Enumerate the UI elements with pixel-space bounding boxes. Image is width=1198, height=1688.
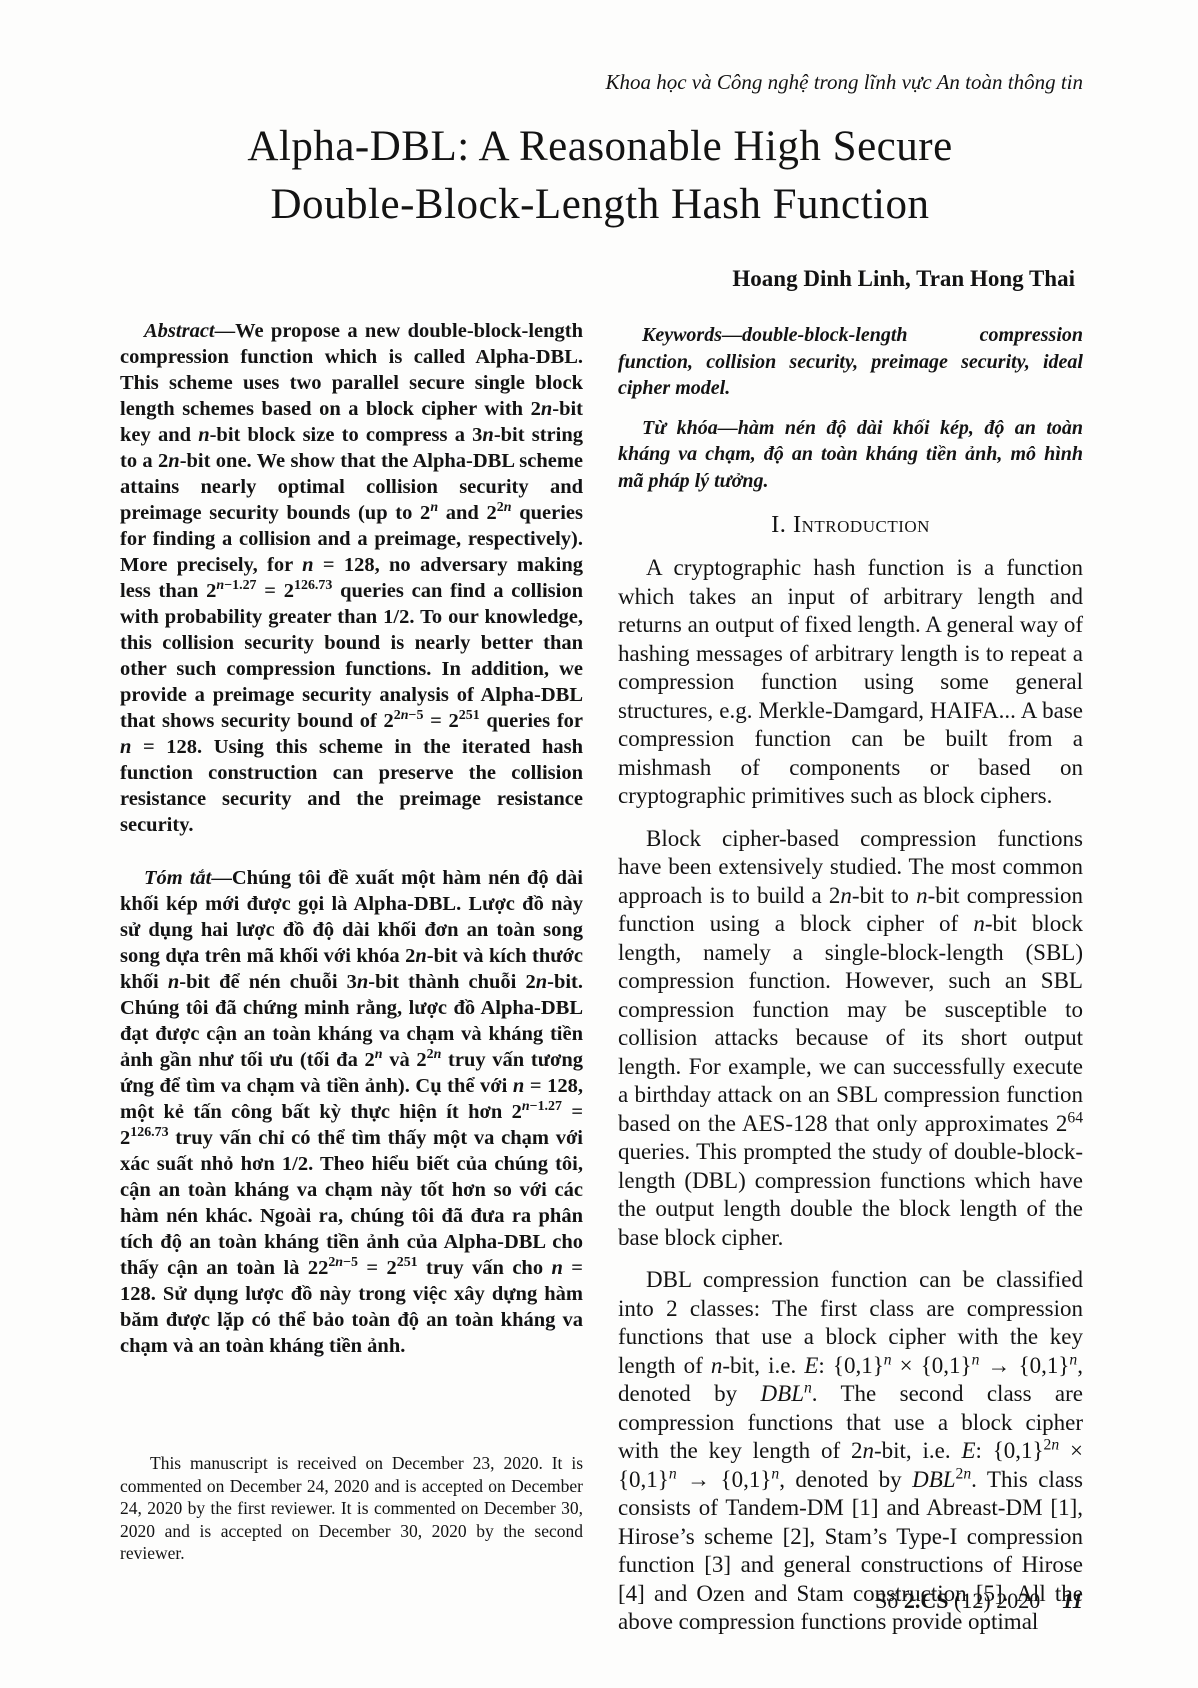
intro-paragraph-1: A cryptographic hash function is a funct… [618, 554, 1083, 811]
section-heading-introduction: I. Introduction [618, 511, 1083, 539]
tukhoa-label: Từ khóa [642, 417, 718, 439]
page-footer: Số 2.CS (12) 202011 [875, 1588, 1083, 1614]
paper-title: Alpha-DBL: A Reasonable High Secure Doub… [100, 118, 1100, 234]
abstract-label: Abstract [144, 320, 215, 342]
paper-page: Khoa học và Công nghệ trong lĩnh vực An … [0, 0, 1198, 1688]
abstract-text: —We propose a new double-block-length co… [120, 320, 583, 836]
manuscript-footnote: This manuscript is received on December … [120, 1452, 583, 1565]
authors-line: Hoang Dinh Linh, Tran Hong Thai [618, 266, 1083, 292]
running-header: Khoa học và Công nghệ trong lĩnh vực An … [120, 70, 1083, 95]
left-column: Abstract—We propose a new double-block-l… [120, 318, 583, 1386]
right-column: Keywords—double-block-length compression… [618, 322, 1083, 1651]
intro-paragraph-2: Block cipher-based compression functions… [618, 825, 1083, 1253]
page-number: 11 [1062, 1588, 1083, 1613]
paper-title-line-2: Double-Block-Length Hash Function [100, 176, 1100, 234]
journal-issue-rest: (12) 2020 [949, 1588, 1041, 1613]
tukhoa-section: Từ khóa—hàm nén độ dài khối kép, độ an t… [618, 415, 1083, 495]
paper-title-line-1: Alpha-DBL: A Reasonable High Secure [100, 118, 1100, 176]
tomtat-section: Tóm tắt—Chúng tôi đề xuất một hàm nén độ… [120, 865, 583, 1359]
tomtat-label: Tóm tắt [144, 867, 211, 889]
journal-issue-prefix: Số [875, 1588, 904, 1613]
tomtat-text: —Chúng tôi đề xuất một hàm nén độ dài kh… [120, 867, 583, 1357]
intro-paragraph-3: DBL compression function can be classifi… [618, 1266, 1083, 1637]
keywords-label: Keywords [642, 324, 722, 346]
keywords-section: Keywords—double-block-length compression… [618, 322, 1083, 402]
journal-issue-number: 2.CS [904, 1588, 949, 1613]
abstract-section: Abstract—We propose a new double-block-l… [120, 318, 583, 838]
